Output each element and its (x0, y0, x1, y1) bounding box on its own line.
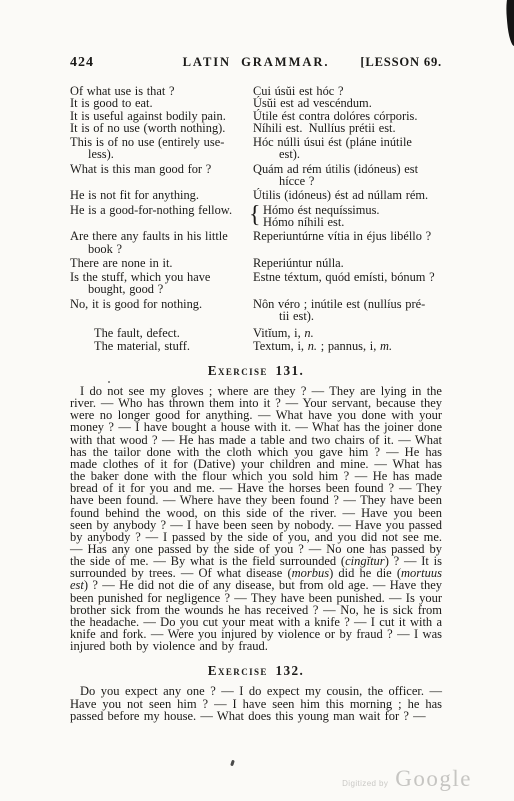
phrase-latin: Reperiúntur núlla. (253, 257, 442, 269)
italic-term: m. (380, 339, 392, 353)
phrase-row: He is not fit for anything.Útilis (idóne… (70, 189, 442, 201)
phrase-english: Are there any faults in his littlebook ? (70, 230, 253, 255)
text-line: The material, stuff. (94, 340, 253, 352)
phrase-latin: Reperiuntúrne vítia in éjus libéllo ? (253, 230, 442, 255)
phrase-latin: Vitĭum, i, n. (253, 327, 442, 339)
google-watermark: Google (395, 766, 472, 792)
text-line: The fault, defect. (94, 327, 253, 339)
phrase-row: What is this man good for ?Quám ad rém ú… (70, 163, 442, 188)
phrase-latin: Nôn véro ; inútile est (nullíus pré-tii … (253, 298, 442, 323)
digitized-footer: Digitized by Google (342, 766, 472, 792)
text-line: tii est). (253, 310, 442, 322)
exercise-heading: Exercise 132. (70, 663, 442, 679)
phrase-latin: Útilis (idóneus) ést ad núllam rém. (253, 189, 442, 201)
text-line: It is good to eat. (70, 97, 253, 109)
phrase-english: He is a good-for-nothing fellow. (70, 204, 253, 229)
phrase-row: It is good to eat.Úsŭi est ad vescéndum. (70, 97, 442, 109)
phrase-latin: {Hómo ést nequíssimus.Hómo níhili est. (253, 204, 442, 229)
phrase-row: He is a good-for-nothing fellow.{Hómo és… (70, 204, 442, 229)
phrase-english: There are none in it. (70, 257, 253, 269)
phrase-english: What is this man good for ? (70, 163, 253, 188)
phrase-latin: Textum, i, n. ; pannus, i, m. (253, 340, 442, 352)
phrase-table: Of what use is that ?Cui úsŭi est hóc ?I… (70, 85, 442, 352)
page-content: Of what use is that ?Cui úsŭi est hóc ?I… (70, 85, 442, 722)
text-line: Útilis (idóneus) ést ad núllam rém. (253, 189, 442, 201)
text-line: bought, good ? (70, 283, 253, 295)
text-line: It is of no use (worth nothing). (70, 122, 253, 134)
text-line: Hómo níhili est. (253, 216, 442, 228)
italic-term: n. (308, 339, 317, 353)
text-line: No, it is good for nothing. (70, 298, 253, 310)
text-line: Textum, i, n. ; pannus, i, m. (253, 340, 442, 352)
text-line: est). (253, 148, 442, 160)
text-line: Níhili est. Nullíus prétii est. (253, 122, 442, 134)
text-line: Úsŭi est ad vescéndum. (253, 97, 442, 109)
text-line: He is a good-for-nothing fellow. (70, 204, 253, 216)
digitized-by-label: Digitized by (342, 779, 388, 788)
text-line: hícce ? (253, 175, 442, 187)
phrase-latin: Hóc núlli úsui ést (pláne inútileest). (253, 136, 442, 161)
running-title: LATIN GRAMMAR. (183, 55, 330, 70)
italic-term: morbus (292, 566, 330, 580)
book-page: 424 LATIN GRAMMAR. [LESSON 69. Of what u… (0, 0, 514, 801)
text-line: less). (70, 148, 253, 160)
exercise-paragraph: Do you expect any one ? — I do expect my… (70, 685, 442, 721)
phrase-row: It is of no use (worth nothing).Níhili e… (70, 122, 442, 134)
phrase-row: This is of no use (entirely use-less).Hó… (70, 136, 442, 161)
text-line: book ? (70, 243, 253, 255)
phrase-latin: Estne téxtum, quód emísti, bónum ? (253, 271, 442, 296)
page-number: 424 (70, 55, 94, 71)
phrase-latin: Níhili est. Nullíus prétii est. (253, 122, 442, 134)
phrase-english: Is the stuff, which you havebought, good… (70, 271, 253, 296)
text-line: What is this man good for ? (70, 163, 253, 175)
phrase-english: The fault, defect. (70, 327, 253, 339)
text-line: Reperiúntur núlla. (253, 257, 442, 269)
exercise-heading: Exercise 131. (70, 363, 442, 379)
text-line: He is not fit for anything. (70, 189, 253, 201)
text-line: Estne téxtum, quód emísti, bónum ? (253, 271, 442, 283)
ink-speck (230, 760, 235, 767)
text-line: Are there any faults in his little (70, 230, 253, 242)
italic-term: mortuus est (70, 566, 442, 592)
page-header: 424 LATIN GRAMMAR. [LESSON 69. (70, 55, 442, 71)
phrase-row: There are none in it.Reperiúntur núlla. (70, 257, 442, 269)
lesson-label: [LESSON 69. (360, 55, 442, 70)
scan-corner-mark (505, 0, 514, 46)
text-line: Vitĭum, i, n. (253, 327, 442, 339)
exercises: Exercise 131.I do not see my gloves ; wh… (70, 363, 442, 722)
brace-glyph: { (249, 202, 261, 228)
phrase-row: Are there any faults in his littlebook ?… (70, 230, 442, 255)
text-line: Reperiuntúrne vítia in éjus libéllo ? (253, 230, 442, 242)
phrase-latin: Úsŭi est ad vescéndum. (253, 97, 442, 109)
phrase-english: This is of no use (entirely use-less). (70, 136, 253, 161)
phrase-english: It is good to eat. (70, 97, 253, 109)
phrase-english: No, it is good for nothing. (70, 298, 253, 323)
exercise-paragraph: I do not see my gloves ; where are they … (70, 385, 442, 652)
phrase-row: No, it is good for nothing.Nôn véro ; in… (70, 298, 442, 323)
italic-term: cingĭtur (345, 554, 385, 568)
text-line: There are none in it. (70, 257, 253, 269)
phrase-latin: Quám ad rém útilis (idóneus) esthícce ? (253, 163, 442, 188)
phrase-english: He is not fit for anything. (70, 189, 253, 201)
phrase-english: The material, stuff. (70, 340, 253, 352)
phrase-row: The material, stuff.Textum, i, n. ; pann… (70, 340, 442, 352)
phrase-english: It is of no use (worth nothing). (70, 122, 253, 134)
phrase-row: Is the stuff, which you havebought, good… (70, 271, 442, 296)
